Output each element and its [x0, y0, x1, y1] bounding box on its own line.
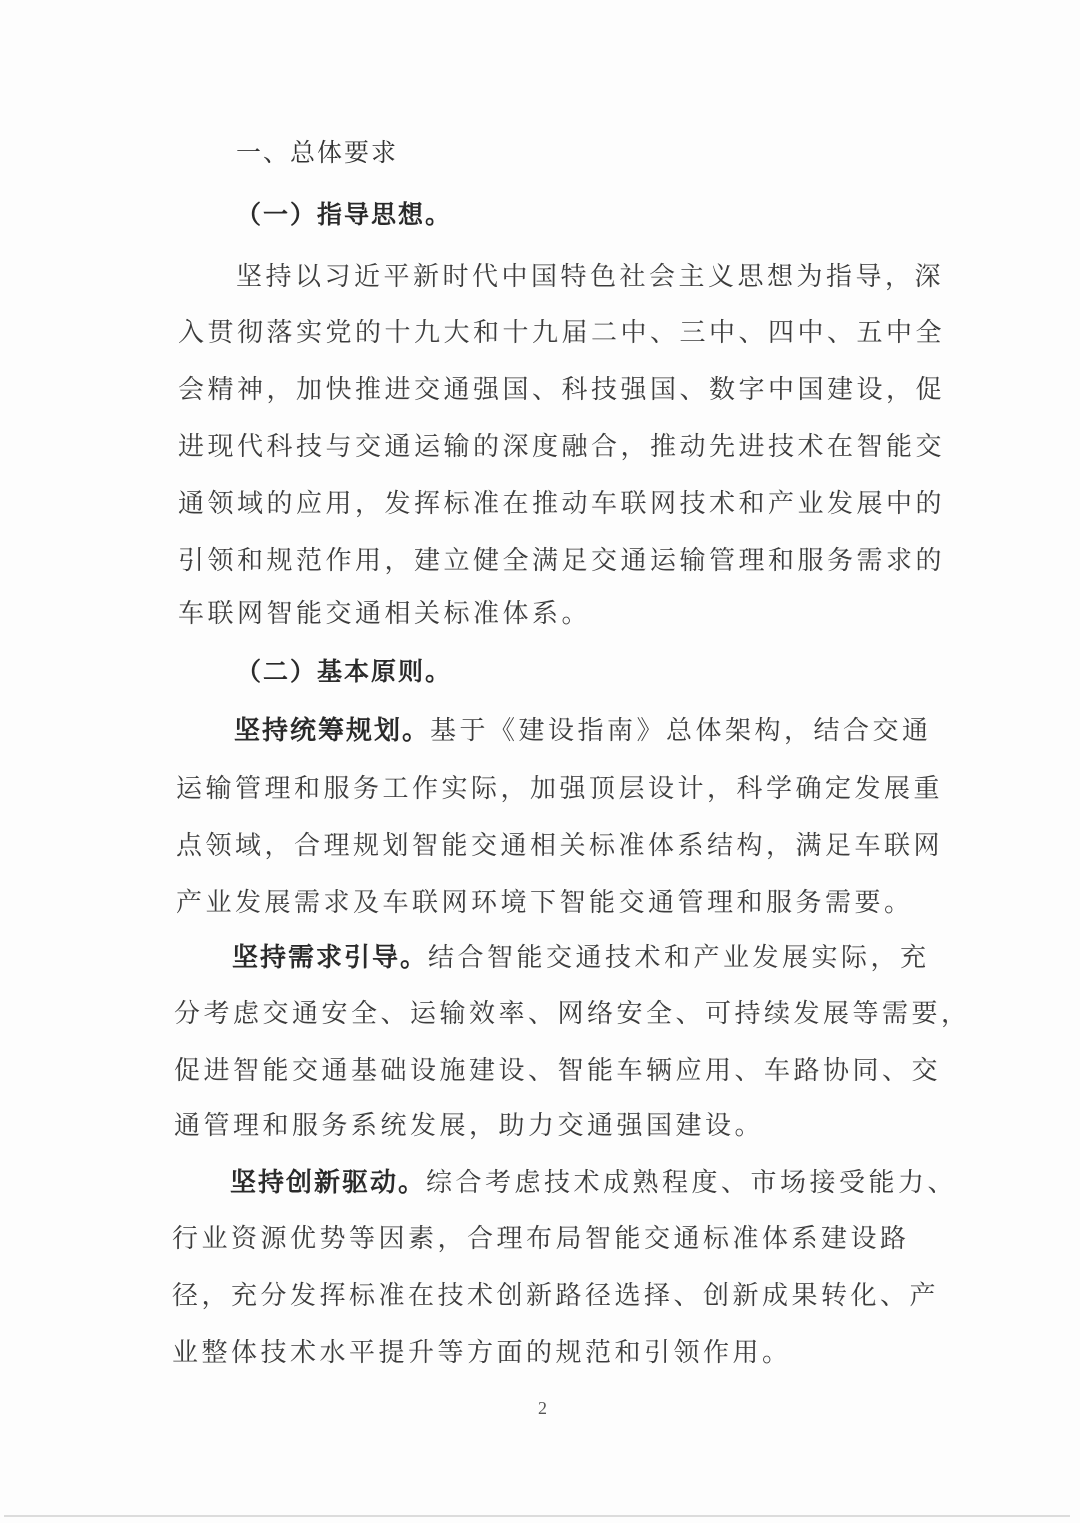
paragraph-line: 车联网智能交通相关标准体系。	[178, 597, 591, 631]
paragraph-line: 业整体技术水平提升等方面的规范和引领作用。	[172, 1336, 792, 1370]
paragraph-line: 促进智能交通基础设施建设、智能车辆应用、车路协同、交	[174, 1054, 941, 1088]
paragraph-line: 运输管理和服务工作实际，加强顶层设计，科学确定发展重	[176, 772, 943, 806]
paragraph-first-line: 坚持创新驱动。综合考虑技术成熟程度、市场接受能力、	[230, 1166, 957, 1200]
document-page: 一、总体要求 （一）指导思想。 坚持以习近平新时代中国特色社会主义思想为指导，深…	[0, 0, 1080, 1523]
paragraph-line: 进现代科技与交通运输的深度融合，推动先进技术在智能交	[178, 430, 945, 464]
principle-lead: 坚持统筹规划。	[234, 716, 430, 746]
paragraph-line: 径，充分发挥标准在技术创新路径选择、创新成果转化、产	[172, 1279, 939, 1313]
paragraph-first-line: 坚持统筹规划。基于《建设指南》总体架构，结合交通	[234, 714, 932, 748]
paragraph-line: 通领域的应用，发挥标准在推动车联网技术和产业发展中的	[178, 487, 945, 521]
paragraph-line: 通管理和服务系统发展，助力交通强国建设。	[174, 1109, 764, 1143]
paragraph-line: 会精神，加快推进交通强国、科技强国、数字中国建设，促	[178, 373, 945, 407]
page-bottom-edge	[4, 1515, 1070, 1517]
page-number: 2	[538, 1398, 547, 1419]
principle-lead: 坚持需求引导。	[232, 943, 428, 973]
paragraph-line: 点领域，合理规划智能交通相关标准体系结构，满足车联网	[176, 829, 943, 863]
paragraph-line: 分考虑交通安全、运输效率、网络安全、可持续发展等需要，	[174, 997, 971, 1031]
principle-lead: 坚持创新驱动。	[230, 1168, 426, 1198]
section-title: 一、总体要求	[236, 136, 398, 170]
paragraph-line: 行业资源优势等因素，合理布局智能交通标准体系建设路	[172, 1222, 910, 1256]
principle-text: 综合考虑技术成熟程度、市场接受能力、	[426, 1168, 957, 1198]
principle-text: 结合智能交通技术和产业发展实际，充	[428, 943, 930, 973]
subsection-title-guiding-ideology: （一）指导思想。	[236, 198, 452, 232]
subsection-title-basic-principles: （二）基本原则。	[236, 655, 452, 689]
paragraph-first-line: 坚持需求引导。结合智能交通技术和产业发展实际，充	[232, 941, 930, 975]
paragraph-line: 入贯彻落实党的十九大和十九届二中、三中、四中、五中全	[178, 316, 945, 350]
paragraph-line: 产业发展需求及车联网环境下智能交通管理和服务需要。	[176, 886, 914, 920]
paragraph-line: 引领和规范作用，建立健全满足交通运输管理和服务需求的	[178, 544, 945, 578]
principle-text: 基于《建设指南》总体架构，结合交通	[430, 716, 932, 746]
paragraph-line: 坚持以习近平新时代中国特色社会主义思想为指导，深	[236, 260, 944, 294]
